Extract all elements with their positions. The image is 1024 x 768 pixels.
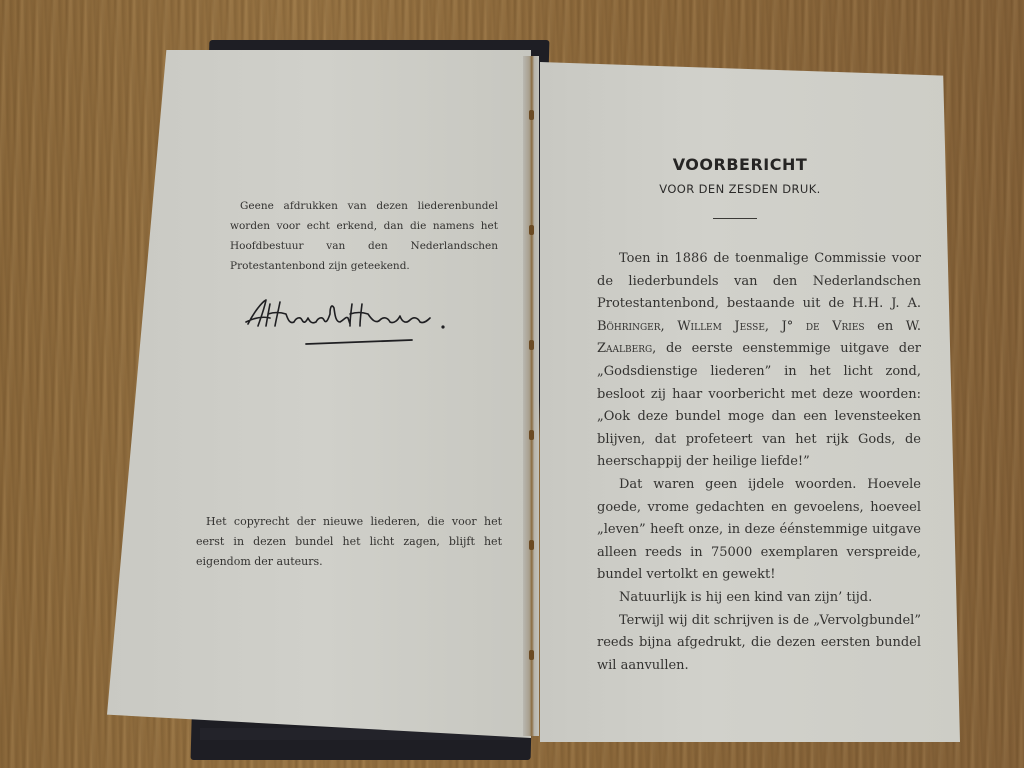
foreword-body: Toen in 1886 de toenmalige Commissie voo… (597, 248, 921, 677)
copyright-notice: Het copyrecht der nieuwe liederen, die v… (196, 512, 502, 572)
binding-stitch (529, 340, 534, 350)
binding-stitch (529, 110, 534, 120)
authenticity-notice-text: Geene afdrukken van dezen liederenbundel… (230, 196, 498, 276)
page-title: VOORBERICHT (620, 155, 860, 174)
binding-stitch (529, 430, 534, 440)
copyright-notice-text: Het copyrecht der nieuwe liederen, die v… (196, 512, 502, 572)
page-subtitle: VOOR DEN ZESDEN DRUK. (610, 182, 870, 196)
title-divider (713, 218, 757, 219)
left-page (107, 50, 531, 738)
paragraph-text: , de eerste eenstemmige uitgave der „God… (597, 341, 921, 469)
book-gutter (523, 56, 539, 736)
foreword-paragraph-2: Dat waren geen ijdele woorden. Hoevele g… (597, 474, 921, 587)
authenticity-notice: Geene afdrukken van dezen liederenbundel… (230, 196, 498, 276)
paragraph-text: en (865, 319, 906, 334)
binding-stitch (529, 540, 534, 550)
binding-stitch (529, 225, 534, 235)
foreword-paragraph-4: Terwijl wij dit schrijven is de „Vervolg… (597, 610, 921, 678)
foreword-paragraph-3: Natuurlijk is hij een kind van zijn’ tij… (597, 587, 921, 610)
binding-stitch (529, 650, 534, 660)
handwritten-signature (240, 294, 460, 354)
foreword-paragraph-1: Toen in 1886 de toenmalige Commissie voo… (597, 248, 921, 474)
paragraph-text: Toen in 1886 de toenmalige Commissie voo… (597, 251, 921, 311)
